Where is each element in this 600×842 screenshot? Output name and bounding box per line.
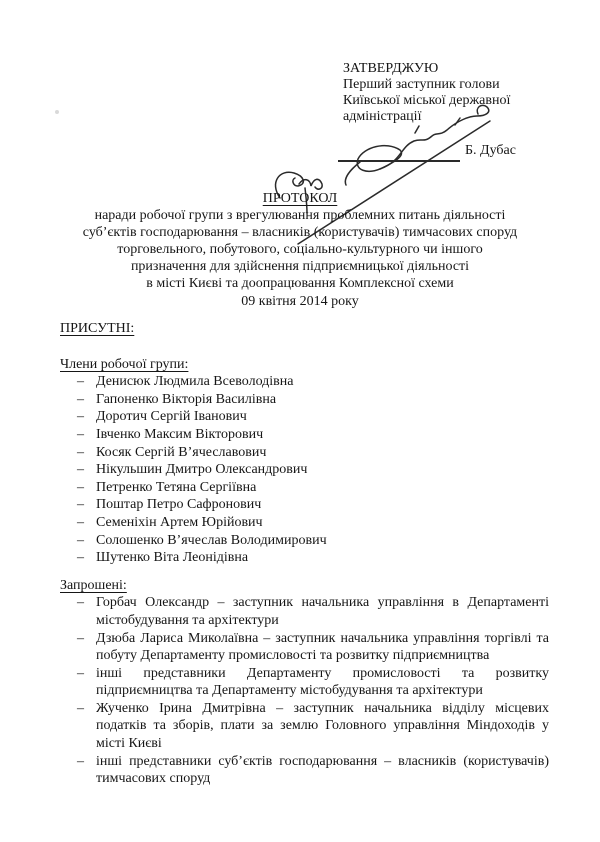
member-name: Нікульшин Дмитро Олександрович [96, 461, 549, 479]
member-item: –Косяк Сергій В’ячеславович [60, 444, 549, 462]
approval-block: ЗАТВЕРДЖУЮ Перший заступник голови Київс… [343, 61, 553, 125]
approval-label: ЗАТВЕРДЖУЮ [343, 61, 553, 77]
guest-description: інші представники Департаменту промислов… [96, 665, 549, 700]
title-line: в місті Києві та доопрацювання Комплексн… [44, 275, 556, 292]
document-date: 09 квітня 2014 року [44, 293, 556, 310]
member-name: Івченко Максим Вікторович [96, 426, 549, 444]
member-name: Семеніхін Артем Юрійович [96, 514, 549, 532]
dash-marker-icon: – [77, 549, 96, 567]
member-item: –Івченко Максим Вікторович [60, 426, 549, 444]
member-name: Косяк Сергій В’ячеславович [96, 444, 549, 462]
guest-line: інші представники суб’єктів господарюван… [96, 753, 549, 771]
title-line: наради робочої групи з врегулювання проб… [44, 207, 556, 224]
member-name: Денисюк Людмила Всеволодівна [96, 373, 549, 391]
approval-line: адміністрації [343, 109, 553, 125]
title-line: суб’єктів господарювання – власників (ко… [44, 224, 556, 241]
signatory-name: Б. Дубас [465, 143, 516, 159]
title-block: ПРОТОКОЛ наради робочої групи з врегулюв… [44, 190, 556, 310]
dash-marker-icon: – [77, 630, 96, 648]
guests-heading: Запрошені: [60, 577, 549, 595]
document-title: ПРОТОКОЛ [44, 190, 556, 207]
guest-description: Горбач Олександр – заступник начальника … [96, 594, 549, 629]
signature-line [338, 160, 460, 162]
scan-speck [55, 110, 59, 114]
dash-marker-icon: – [77, 665, 96, 683]
dash-marker-icon: – [77, 391, 96, 409]
member-name: Петренко Тетяна Сергіївна [96, 479, 549, 497]
present-heading: ПРИСУТНІ: [60, 320, 549, 338]
members-heading: Члени робочої групи: [60, 356, 549, 374]
guest-item: – Жученко Ірина Дмитрівна – заступник на… [60, 700, 549, 753]
guests-list: – Горбач Олександр – заступник начальник… [60, 594, 549, 788]
dash-marker-icon: – [77, 532, 96, 550]
guest-line: Дзюба Лариса Миколаївна – заступник нача… [96, 630, 549, 648]
guest-item: – Горбач Олександр – заступник начальник… [60, 594, 549, 629]
dash-marker-icon: – [77, 426, 96, 444]
dash-marker-icon: – [77, 408, 96, 426]
dash-marker-icon: – [77, 444, 96, 462]
approval-line: Перший заступник голови [343, 77, 553, 93]
document-body: ПРИСУТНІ: Члени робочої групи: –Денисюк … [60, 320, 549, 788]
member-item: –Нікульшин Дмитро Олександрович [60, 461, 549, 479]
member-item: –Денисюк Людмила Всеволодівна [60, 373, 549, 391]
member-name: Доротич Сергій Іванович [96, 408, 549, 426]
member-name: Гапоненко Вікторія Василівна [96, 391, 549, 409]
dash-marker-icon: – [77, 700, 96, 718]
member-name: Поштар Петро Сафронович [96, 496, 549, 514]
member-item: –Шутенко Віта Леонідівна [60, 549, 549, 567]
guest-line: місті Києві [96, 735, 549, 753]
guest-line: інші представники Департаменту промислов… [96, 665, 549, 683]
dash-marker-icon: – [77, 594, 96, 612]
member-item: –Гапоненко Вікторія Василівна [60, 391, 549, 409]
member-item: –Поштар Петро Сафронович [60, 496, 549, 514]
member-item: –Доротич Сергій Іванович [60, 408, 549, 426]
member-item: –Семеніхін Артем Юрійович [60, 514, 549, 532]
members-list: –Денисюк Людмила Всеволодівна –Гапоненко… [60, 373, 549, 567]
dash-marker-icon: – [77, 373, 96, 391]
dash-marker-icon: – [77, 479, 96, 497]
member-name: Шутенко Віта Леонідівна [96, 549, 549, 567]
guest-item: – інші представники суб’єктів господарюв… [60, 753, 549, 788]
title-line: торговельного, побутового, соціально-кул… [44, 241, 556, 258]
dash-marker-icon: – [77, 461, 96, 479]
guest-line: містобудування та архітектури [96, 612, 549, 630]
guest-line: побуту Департаменту промисловості та роз… [96, 647, 549, 665]
guest-line: Горбач Олександр – заступник начальника … [96, 594, 549, 612]
member-item: –Солошенко В’ячеслав Володимирович [60, 532, 549, 550]
dash-marker-icon: – [77, 753, 96, 771]
guest-description: Дзюба Лариса Миколаївна – заступник нача… [96, 630, 549, 665]
guest-item: – Дзюба Лариса Миколаївна – заступник на… [60, 630, 549, 665]
guest-description: Жученко Ірина Дмитрівна – заступник нача… [96, 700, 549, 753]
approval-line: Київської міської державної [343, 93, 553, 109]
title-line: призначення для здійснення підприємницьк… [44, 258, 556, 275]
dash-marker-icon: – [77, 514, 96, 532]
guest-item: – інші представники Департаменту промисл… [60, 665, 549, 700]
guest-line: підприємництва та Департаменту містобуду… [96, 682, 549, 700]
guest-line: тимчасових споруд [96, 770, 549, 788]
guest-line: Жученко Ірина Дмитрівна – заступник нача… [96, 700, 549, 718]
document-page: ЗАТВЕРДЖУЮ Перший заступник голови Київс… [0, 0, 600, 842]
guest-description: інші представники суб’єктів господарюван… [96, 753, 549, 788]
member-name: Солошенко В’ячеслав Володимирович [96, 532, 549, 550]
guest-line: податків та зборів, плати за землю Голов… [96, 717, 549, 735]
member-item: –Петренко Тетяна Сергіївна [60, 479, 549, 497]
dash-marker-icon: – [77, 496, 96, 514]
